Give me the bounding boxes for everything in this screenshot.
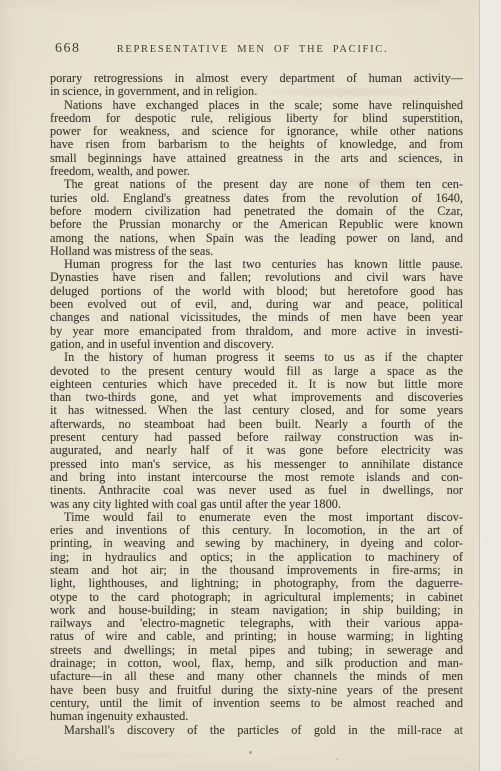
text-line: Time would fail to enumerate even the mo… [50, 511, 463, 524]
scan-edge-band [479, 0, 501, 771]
text-line: drainage; in cotton, wool, flax, hemp, a… [50, 657, 463, 670]
text-line: power for weakness, and science for igno… [50, 125, 463, 138]
text-line: have risen from barbarism to the heights… [50, 138, 463, 151]
text-line: Marshall's discovery of the particles of… [50, 724, 463, 737]
paragraph: Time would fail to enumerate even the mo… [50, 511, 463, 724]
text-line: freedom for despotic rule, religious lib… [50, 112, 463, 125]
text-line: before modern civilization had penetrate… [50, 205, 463, 218]
text-line: small beginnings have attained greatness… [50, 152, 463, 165]
text-line: and bring into instant intercourse the m… [50, 471, 463, 484]
text-line: gation, and in useful invention and disc… [50, 338, 463, 351]
text-line: deluged portions of the world with blood… [50, 285, 463, 298]
text-line: have been busy and fruitful during the s… [50, 684, 463, 697]
paragraph: The great nations of the present day are… [50, 178, 463, 258]
text-line: Dynasties have risen and fallen; revolut… [50, 271, 463, 284]
text-line: Holland was mistress of the seas. [50, 245, 463, 258]
text-line: In the history of human progress it seem… [50, 351, 463, 364]
text-line: than two-thirds gone, and yet what impro… [50, 391, 463, 404]
text-line: ing; in hydraulics and optics; in the ap… [50, 551, 463, 564]
text-line: among the nations, when Spain was the le… [50, 232, 463, 245]
text-column: porary retrogressions in almost every de… [50, 72, 463, 737]
text-line: afterwards, no steamboat had been built.… [50, 418, 463, 431]
dust-speck [336, 758, 338, 760]
text-line: light, lighthouses, and lightning; in ph… [50, 577, 463, 590]
text-line: The great nations of the present day are… [50, 178, 463, 191]
dust-speck [249, 751, 252, 754]
paragraph: Human progress for the last two centurie… [50, 258, 463, 351]
text-line: present century had passed before railwa… [50, 431, 463, 444]
text-line: streets and dwellings; in metal pipes an… [50, 644, 463, 657]
text-line: porary retrogressions in almost every de… [50, 72, 463, 85]
text-line: by year more emancipated from thraldom, … [50, 325, 463, 338]
running-head: 668 REPRESENTATIVE MEN OF THE PACIFIC. [50, 41, 463, 59]
text-line: steam and hot air; in the thousand impro… [50, 564, 463, 577]
paragraph: porary retrogressions in almost every de… [50, 72, 463, 99]
scanned-book-page: 668 REPRESENTATIVE MEN OF THE PACIFIC. p… [0, 0, 501, 771]
text-line: railways and 'electro-magnetic telegraph… [50, 617, 463, 630]
text-line: ratus of wire and cable, and printing; i… [50, 630, 463, 643]
print-through-smudge [90, 750, 210, 760]
text-line: augurated, and nearly half of it was gon… [50, 444, 463, 457]
text-line: Human progress for the last two centurie… [50, 258, 463, 271]
text-line: eries and inventions of this century. In… [50, 524, 463, 537]
paragraph: Nations have exchanged places in the sca… [50, 99, 463, 179]
text-line: century, until the limit of invention se… [50, 697, 463, 710]
text-line: before the Prussian monarchy or the Amer… [50, 218, 463, 231]
running-header-title: REPRESENTATIVE MEN OF THE PACIFIC. [50, 44, 455, 55]
text-line: printing, in weaving and sewing by machi… [50, 537, 463, 550]
text-line: otype to the card photograph; in agricul… [50, 591, 463, 604]
text-line: turies old. England's greatness dates fr… [50, 192, 463, 205]
text-line: ufacture—in all these and many other cha… [50, 670, 463, 683]
text-line: been evolved out of evil, and, during wa… [50, 298, 463, 311]
text-line: work and house-building; in steam naviga… [50, 604, 463, 617]
text-line: Nations have exchanged places in the sca… [50, 99, 463, 112]
text-line: in science, in government, and in religi… [50, 85, 463, 98]
text-line: devoted to the present century would fil… [50, 365, 463, 378]
text-line: was any city lighted with coal gas until… [50, 498, 463, 511]
text-line: tinents. Anthracite coal was never used … [50, 484, 463, 497]
text-line: eighteen centuries which have preceded i… [50, 378, 463, 391]
text-line: pressed into man's service, as his messe… [50, 458, 463, 471]
paragraph: Marshall's discovery of the particles of… [50, 724, 463, 737]
text-line: it has witnessed. When the last century … [50, 404, 463, 417]
text-line: human ingenuity exhausted. [50, 710, 463, 723]
text-line: changes and national vicissitudes, the m… [50, 311, 463, 324]
text-line: freedom, wealth, and power. [50, 165, 463, 178]
paragraph: In the history of human progress it seem… [50, 351, 463, 511]
